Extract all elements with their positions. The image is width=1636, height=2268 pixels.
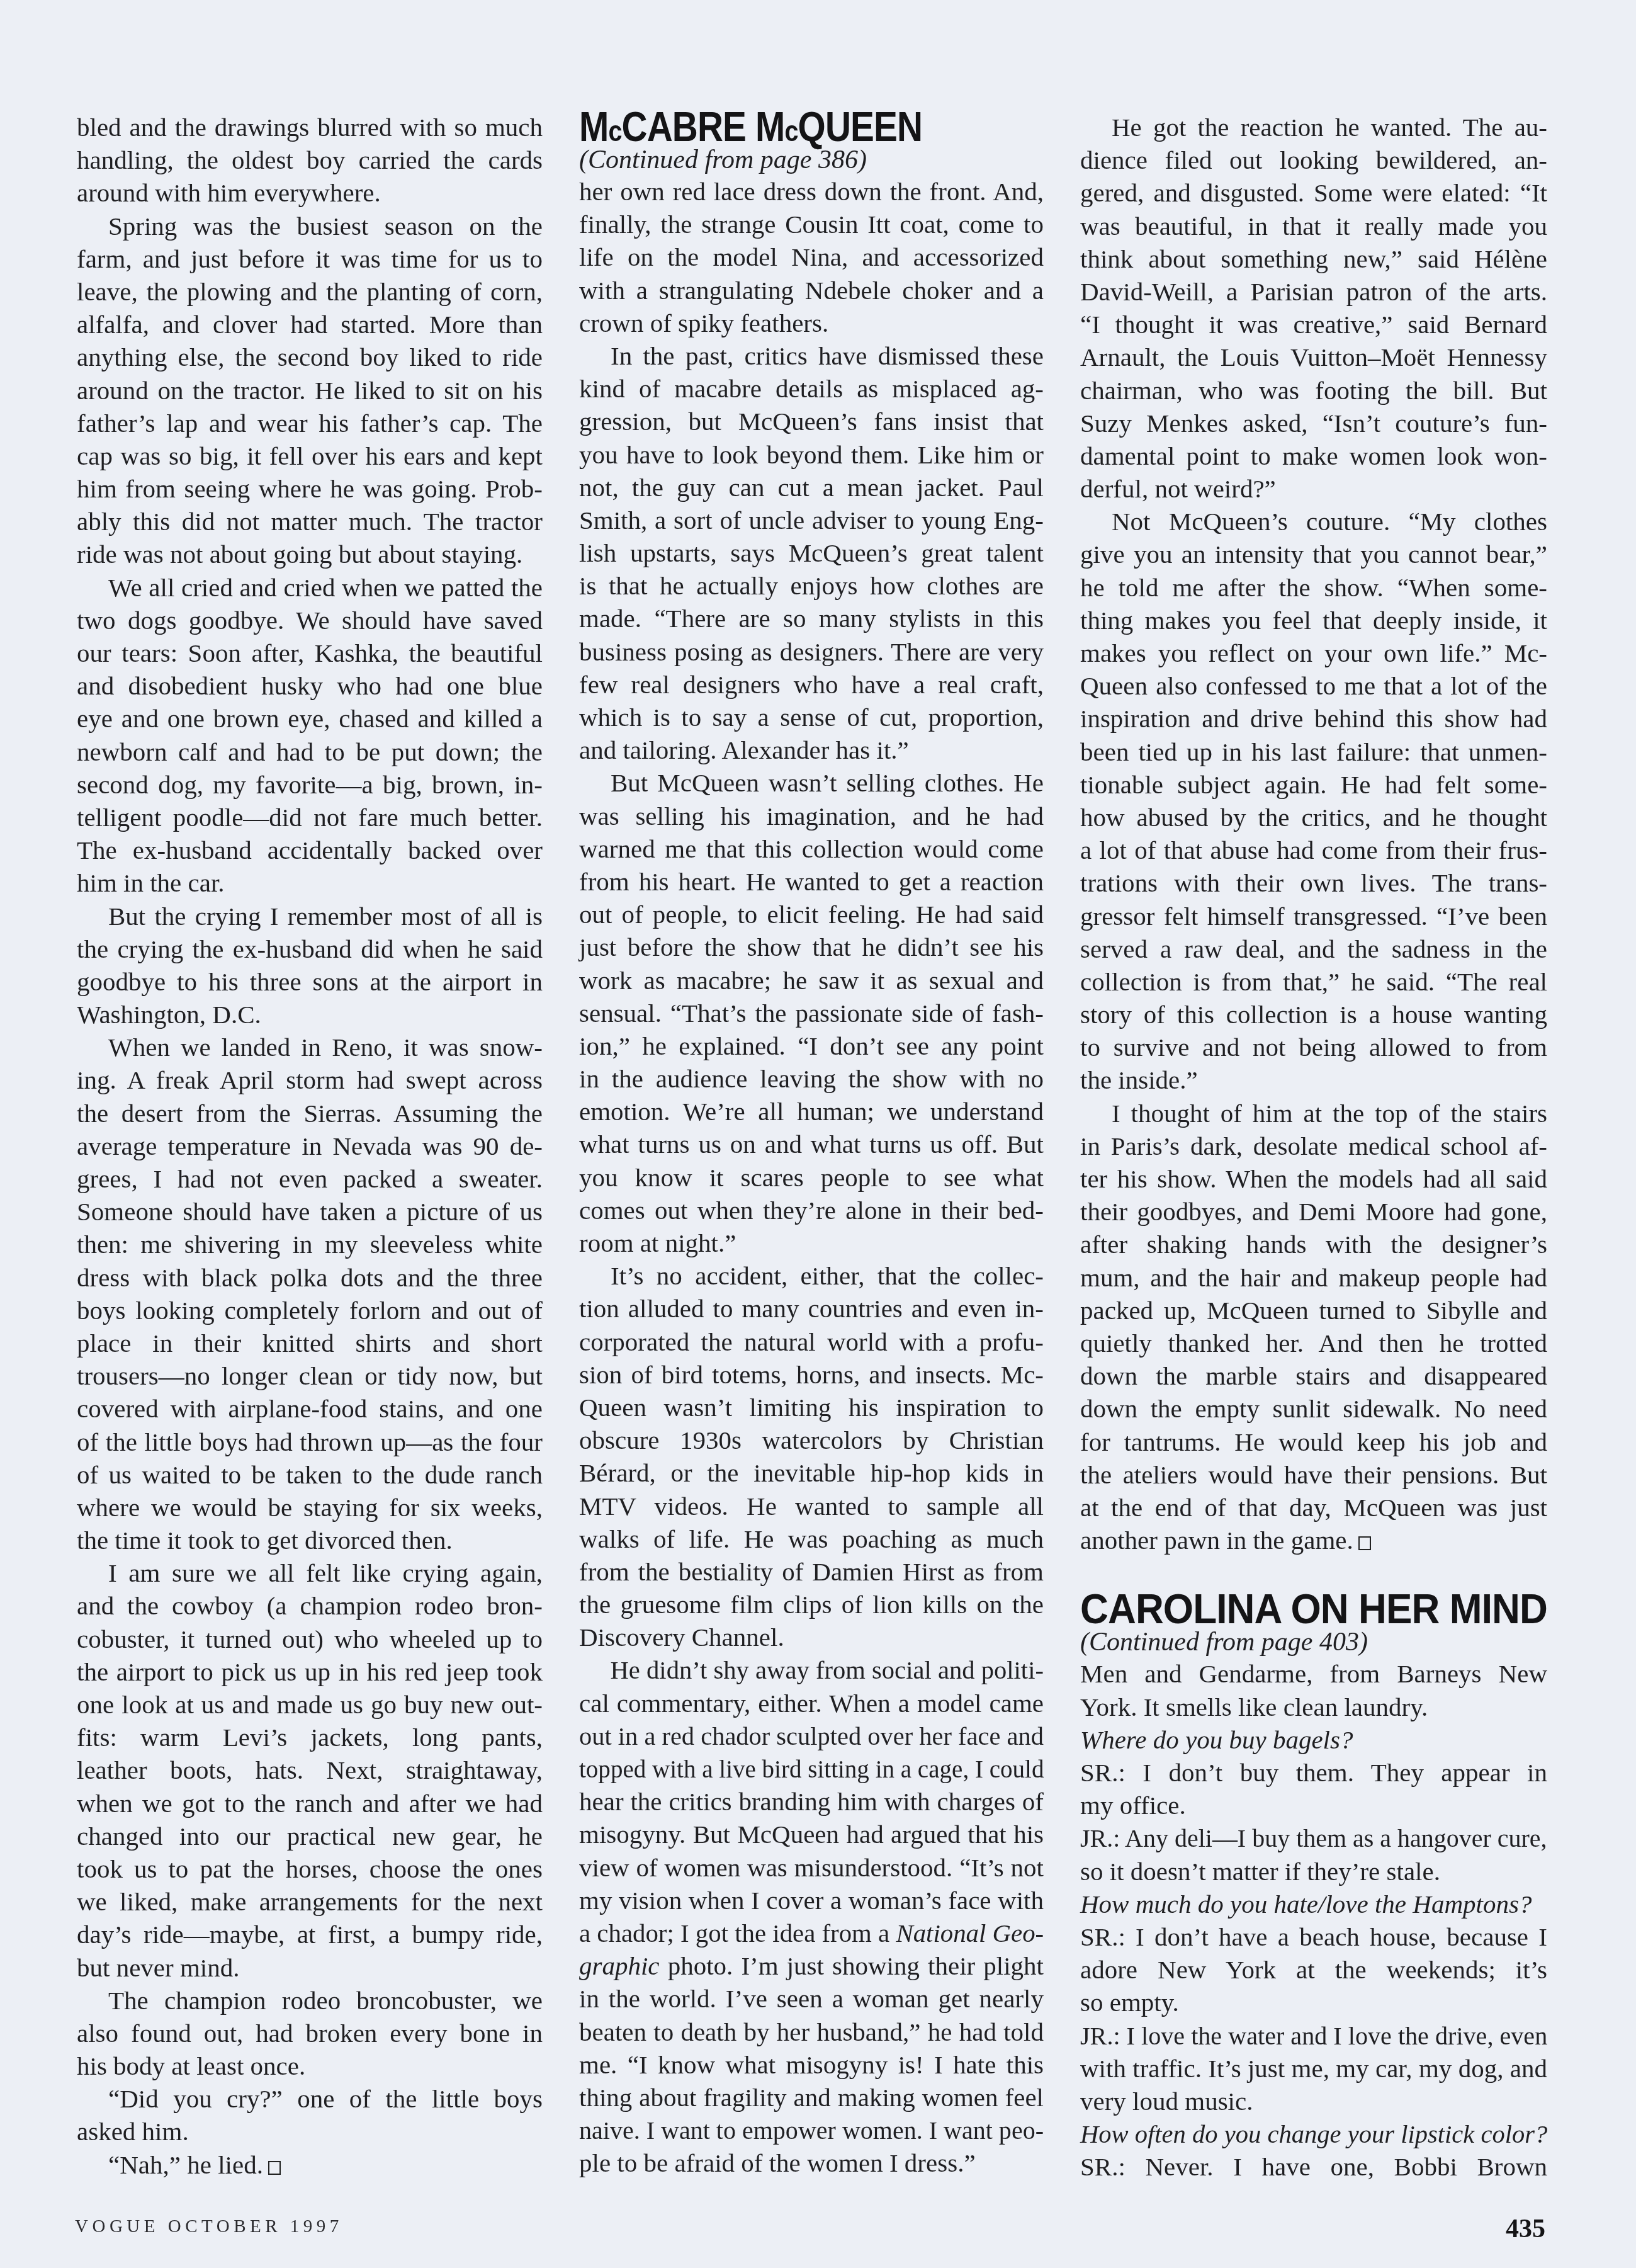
text-line: The ex-husband accidentally backed over [77,834,543,866]
text-line: thing about fragility and making women f… [579,2081,1044,2114]
left-column: bled and the drawings blurred with so mu… [77,111,543,2181]
text-line: he told me after the show. “When some- [1080,571,1547,604]
text-line: tionable subject again. He had felt some… [1080,768,1547,801]
text-line: him in the car. [77,866,543,899]
text-line: father’s lap and wear his father’s cap. … [77,407,543,439]
text-line: kind of macabre details as misplaced ag- [579,372,1044,405]
magazine-folio: VOGUE OCTOBER 1997 [75,2216,343,2237]
text-line: David-Weill, a Parisian patron of the ar… [1080,275,1547,308]
text-line: is that he actually enjoys how clothes a… [579,569,1044,602]
text-line: But the crying I remember most of all is [77,900,543,933]
text-line: beaten to death by her husband,” he had … [579,2016,1044,2048]
text-line: ride was not about going but about stayi… [77,538,543,570]
text-line: covered with airplane-food stains, and o… [77,1392,543,1425]
text-line: I thought of him at the top of the stair… [1080,1097,1547,1130]
interview-question-line: How much do you hate/love the Hamptons? [1080,1888,1547,1920]
text-line: fits: warm Levi’s jackets, long pants, [77,1721,543,1754]
text-line: tion alluded to many countries and even … [579,1292,1044,1325]
text-line: dress with black polka dots and the thre… [77,1261,543,1294]
text-line: in Paris’s dark, desolate medical school… [1080,1130,1547,1162]
text-line: very loud music. [1080,2085,1547,2118]
text-line: quietly thanked her. And then he trotted [1080,1327,1547,1359]
end-of-article-square-icon [1358,1536,1371,1550]
text-line: our tears: Soon after, Kashka, the beaut… [77,637,543,669]
interview-question-line: How often do you change your lipstick co… [1080,2118,1547,2150]
text-line: for tantrums. He would keep his job and [1080,1426,1547,1458]
text-line: He didn’t shy away from social and polit… [579,1653,1075,1686]
text-line: derful, not weird?” [1080,472,1547,505]
carolina-interview-lines: Men and Gendarme, from Barneys NewYork. … [1080,1657,1547,2183]
text-line: my office. [1080,1789,1547,1822]
text-line: the time it took to get divorced then. [77,1524,543,1556]
italic-title: National Geo- [896,1919,1044,1948]
italic-title: graphic [579,1951,660,1980]
text-line: a chador; I got the idea from a National… [579,1917,1044,1949]
text-line: ably this did not matter much. The tract… [77,505,543,538]
text-line: Smith, a sort of uncle adviser to young … [579,504,1044,536]
text-line: view of women was misunderstood. “It’s n… [579,1851,1044,1884]
text-line: from the bestiality of Damien Hirst as f… [579,1555,1044,1588]
text-line: also found out, had broken every bone in [77,2017,543,2050]
text-line: you know it scares people to see what [579,1161,1044,1194]
text-line: handling, the oldest boy carried the car… [77,144,543,176]
text-line: one look at us and made us go buy new ou… [77,1688,543,1721]
text-line: finally, the strange Cousin Itt coat, co… [579,208,1044,241]
magazine-page: bled and the drawings blurred with so mu… [0,0,1636,2268]
text-line: packed up, McQueen turned to Sibylle and [1080,1294,1547,1327]
text-line: ple to be afraid of the women I dress.” [579,2146,1044,2179]
text-line: telligent poodle—did not fare much bette… [77,801,543,834]
text-line: me. “I know what misogyny is! I hate thi… [579,2048,1044,2081]
text-line: but never mind. [77,1951,543,1984]
text-line: gression, but McQueen’s fans insist that [579,405,1044,438]
text-line: just before the show that he didn’t see … [579,931,1044,963]
text-line: out in a red chador sculpted over her fa… [579,1720,1044,1752]
text-line: “Nah,” he lied. [77,2148,543,2181]
text-line: boys looking completely forlorn and out … [77,1294,543,1327]
text-line: emotion. We’re all human; we understand [579,1095,1044,1128]
text-line: his body at least once. [77,2050,543,2082]
text-line: naive. I want to empower women. I want p… [579,2114,1044,2146]
text-line: was beautiful, in that it really made yo… [1080,210,1547,242]
text-line: gered, and disgusted. Some were elated: … [1080,176,1547,209]
text-line: down the marble stairs and disappeared [1080,1359,1547,1392]
text-line: lish upstarts, says McQueen’s great tale… [579,536,1044,569]
text-line: Suzy Menkes asked, “Isn’t couture’s fun- [1080,407,1547,439]
text-line: few real designers who have a real craft… [579,668,1044,701]
text-line: inspiration and drive behind this show h… [1080,702,1547,735]
text-line: thing makes you feel that deeply inside,… [1080,604,1547,637]
text-line: at the end of that day, McQueen was just [1080,1491,1547,1524]
text-line: eye and one brown eye, chased and killed… [77,702,543,735]
text-line: around with him everywhere. [77,176,543,209]
text-line: graphic photo. I’m just showing their pl… [579,1949,1044,1982]
text-line: in the world. I’ve seen a woman get near… [579,1982,1044,2015]
text-line: a lot of that abuse had come from their … [1080,834,1547,866]
text-line: Queen wasn’t limiting his inspiration to [579,1391,1044,1424]
text-line: In the past, critics have dismissed thes… [579,339,1044,372]
text-line: Someone should have taken a picture of u… [77,1195,543,1228]
text-line: the ateliers would have their pensions. … [1080,1458,1547,1491]
text-line: her own red lace dress down the front. A… [579,175,1044,208]
text-line: to survive and not being allowed to from [1080,1031,1547,1063]
text-line: think about something new,” said Hélène [1080,242,1547,275]
left-column-lines: bled and the drawings blurred with so mu… [77,111,543,2181]
text-line: the desert from the Sierras. Assuming th… [77,1097,543,1130]
text-line: anything else, the second boy liked to r… [77,341,543,373]
text-line: work as macabre; he saw it as sexual and [579,964,1044,997]
text-line: you have to look beyond them. Like him o… [579,438,1044,471]
text-line: dience filed out looking bewildered, an- [1080,144,1547,176]
text-line: “I thought it was creative,” said Bernar… [1080,308,1547,341]
text-line: gressor felt himself transgressed. “I’ve… [1080,900,1547,933]
text-line: sensual. “That’s the passionate side of … [579,997,1044,1029]
text-line: the inside.” [1080,1063,1547,1096]
text-line: newborn calf and had to be put down; the [77,735,543,768]
text-line: JR.: I love the water and I love the dri… [1080,2019,1547,2052]
text-line: when we got to the ranch and after we ha… [77,1787,543,1820]
text-line: corporated the natural world with a prof… [579,1325,1044,1358]
text-line: alfalfa, and clover had started. More th… [77,308,543,341]
text-line: changed into our practical new gear, he [77,1820,543,1852]
article-headline-mccabre-mcqueen: McCABRE McQUEEN [579,107,979,145]
text-line: with traffic. It’s just me, my car, my d… [1080,2052,1547,2085]
text-line: with a strangulating Ndebele choker and … [579,274,1044,307]
text-line: SR.: I don’t buy them. They appear in [1080,1756,1547,1789]
middle-column-lines: her own red lace dress down the front. A… [579,175,1044,2179]
text-line: around on the tractor. He liked to sit o… [77,374,543,407]
text-line: warned me that this collection would com… [579,832,1044,865]
text-line: we liked, make arrangements for the next [77,1885,543,1918]
text-line: adore New York at the weekends; it’s [1080,1953,1547,1986]
text-line: Bérard, or the inevitable hip-hop kids i… [579,1456,1044,1489]
text-line: average temperature in Nevada was 90 de- [77,1130,543,1162]
text-line: in the audience leaving the show with no [579,1062,1044,1095]
text-line: life on the model Nina, and accessorized [579,241,1044,273]
text-line: after shaking hands with the designer’s [1080,1228,1547,1261]
text-line: comes out when they’re alone in their be… [579,1194,1044,1227]
text-line: ter his show. When the models had all sa… [1080,1162,1547,1195]
page-number: 435 [1506,2214,1545,2244]
text-line: was selling his imagination, and he had [579,800,1044,832]
text-line: asked him. [77,2115,543,2148]
text-line: SR.: Never. I have one, Bobbi Brown [1080,2150,1547,2183]
text-line: hear the critics branding him with charg… [579,1785,1044,1818]
text-line: room at night.” [579,1227,1044,1259]
text-line: two dogs goodbye. We should have saved [77,604,543,637]
text-line: so it doesn’t matter if they’re stale. [1080,1855,1547,1888]
text-line: and tailoring. Alexander has it.” [579,734,1044,766]
text-line: of us waited to be taken to the dude ran… [77,1458,543,1491]
text-line: ing. A freak April storm had swept acros… [77,1063,543,1096]
article-headline-carolina: CAROLINA ON HER MIND [1080,1589,1547,1627]
end-of-article-square-icon [268,2161,281,2175]
text-line: the gruesome film clips of lion kills on… [579,1588,1044,1621]
text-line: place in their knitted shirts and short [77,1327,543,1359]
text-line: farm, and just before it was time for us… [77,242,543,275]
text-line: trousers—no longer clean or tidy now, bu… [77,1359,543,1392]
text-line: Arnault, the Louis Vuitton–Moët Hennessy [1080,341,1547,373]
text-line: made. “There are so many stylists in thi… [579,602,1044,635]
text-line: the crying the ex-husband did when he sa… [77,933,543,965]
text-line: mum, and the hair and makeup people had [1080,1261,1547,1294]
text-line: second dog, my favorite—a big, brown, in… [77,768,543,801]
text-line: When we landed in Reno, it was snow- [77,1031,543,1063]
text-line: ion,” he explained. “I don’t see any poi… [579,1029,1044,1062]
text-line: But McQueen wasn’t selling clothes. He [579,766,1044,799]
text-line: “Did you cry?” one of the little boys [77,2082,543,2115]
text-line: then: me shivering in my sleeveless whit… [77,1228,543,1261]
text-line: from his heart. He wanted to get a react… [579,865,1044,898]
text-line: We all cried and cried when we patted th… [77,571,543,604]
text-line: Not McQueen’s couture. “My clothes [1080,505,1547,538]
text-line: Washington, D.C. [77,998,543,1031]
text-line: business posing as designers. There are … [579,635,1044,668]
text-line: grees, I had not even packed a sweater. [77,1162,543,1195]
text-line: been tied up in his last failure: that u… [1080,735,1547,768]
text-line: collection is from that,” he said. “The … [1080,965,1547,998]
text-line: give you an intensity that you cannot be… [1080,538,1547,570]
text-line: He got the reaction he wanted. The au- [1080,111,1547,144]
text-line: story of this collection is a house want… [1080,998,1547,1031]
text-line: out of people, to elicit feeling. He had… [579,898,1044,931]
text-line: where we would be staying for six weeks, [77,1491,543,1524]
text-line: bled and the drawings blurred with so mu… [77,111,543,144]
text-line: obscure 1930s watercolors by Christian [579,1424,1044,1456]
right-column: He got the reaction he wanted. The au-di… [1080,111,1547,2183]
text-line: cal commentary, either. When a model cam… [579,1687,1044,1720]
text-line: their goodbyes, and Demi Moore had gone, [1080,1195,1547,1228]
interview-question-line: Where do you buy bagels? [1080,1723,1547,1756]
text-line: damental point to make women look won- [1080,439,1547,472]
text-line: York. It smells like clean laundry. [1080,1691,1547,1723]
text-line: The champion rodeo broncobuster, we [77,1984,543,2017]
text-line: and the cowboy (a champion rodeo bron- [77,1589,543,1622]
text-line: leave, the plowing and the planting of c… [77,275,543,308]
text-line: Spring was the busiest season on the [77,210,543,242]
text-line: took us to pat the horses, choose the on… [77,1852,543,1885]
text-line: him from seeing where he was going. Prob… [77,472,543,505]
text-line: of the little boys had thrown up—as the … [77,1426,543,1458]
text-line: Men and Gendarme, from Barneys New [1080,1657,1547,1690]
text-line: cobuster, it turned out) who wheeled up … [77,1623,543,1655]
text-line: SR.: I don’t have a beach house, because… [1080,1920,1547,1953]
text-line: how abused by the critics, and he though… [1080,801,1547,834]
text-line: MTV videos. He wanted to sample all [579,1490,1044,1522]
text-line: another pawn in the game. [1080,1524,1547,1556]
text-line: leather boots, hats. Next, straightaway, [77,1754,543,1786]
text-line: so empty. [1080,1986,1547,2019]
text-line: topped with a live bird sitting in a cag… [579,1752,1044,1785]
text-line: served a raw deal, and the sadness in th… [1080,933,1547,965]
text-line: my vision when I cover a woman’s face wi… [579,1884,1044,1917]
text-line: I am sure we all felt like crying again, [77,1556,543,1589]
text-line: which is to say a sense of cut, proporti… [579,701,1044,734]
text-line: JR.: Any deli—I buy them as a hangover c… [1080,1822,1547,1854]
text-line: what turns us on and what turns us off. … [579,1128,1044,1160]
text-line: and disobedient husky who had one blue [77,669,543,702]
text-line: Queen also confessed to me that a lot of… [1080,669,1547,702]
text-line: It’s no accident, either, that the colle… [579,1259,1044,1292]
text-line: chairman, who was footing the bill. But [1080,374,1547,407]
text-line: down the empty sunlit sidewalk. No need [1080,1392,1547,1425]
text-line: crown of spiky feathers. [579,307,1044,339]
section-gap [1080,1556,1547,1589]
text-line: cap was so big, it fell over his ears an… [77,439,543,472]
text-line: trations with their own lives. The trans… [1080,866,1547,899]
text-line: the airport to pick us up in his red jee… [77,1655,543,1688]
middle-column: McCABRE McQUEEN (Continued from page 386… [579,107,1044,2179]
text-line: goodbye to his three sons at the airport… [77,965,543,998]
text-line: day’s ride—maybe, at first, a bumpy ride… [77,1918,543,1951]
text-line: makes you reflect on your own life.” Mc- [1080,637,1547,669]
text-line: misogyny. But McQueen had argued that hi… [579,1818,1044,1851]
text-line: Discovery Channel. [579,1621,1044,1653]
right-column-lines: He got the reaction he wanted. The au-di… [1080,111,1547,1556]
text-line: not, the guy can cut a mean jacket. Paul [579,471,1044,504]
text-line: walks of life. He was poaching as much [579,1522,1044,1555]
text-line: sion of bird totems, horns, and insects.… [579,1358,1044,1391]
